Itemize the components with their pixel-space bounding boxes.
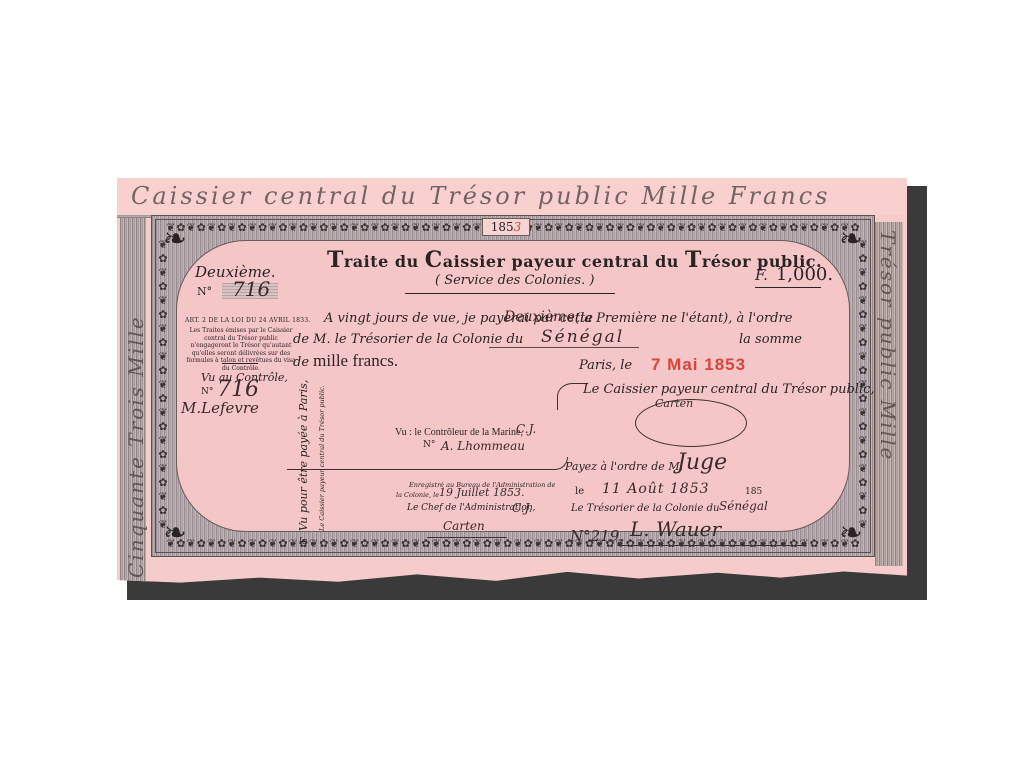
legal-notice: Les Traites émises par le Caissier centr… [185,327,297,372]
marine-flourish [287,457,568,470]
bill-of-exchange: Cinquante Trois Mille Trésor public Mill… [117,178,907,590]
ornament-column-left: ❦✿❦✿❦✿❦✿❦✿❦✿❦✿❦✿❦✿❦✿❦✿❦✿❦✿❦✿❦✿❦✿❦✿❦✿❦✿❦✿… [156,238,170,534]
payee-handwritten: Juge [677,450,727,475]
number-label: N° [197,285,212,298]
year-box: 1853 [482,218,530,236]
endorsement-date-prefix: le [575,486,584,497]
ornate-frame: ❦✿❦✿❦✿❦✿❦✿❦✿❦✿❦✿❦✿❦✿❦✿❦✿❦✿❦✿❦✿❦✿❦✿❦✿❦✿❦✿… [151,215,875,557]
corner-ornament-icon: ❧ [158,222,192,256]
treasurer-colony: Sénégal [719,499,768,513]
body-line-3: de mille francs. [293,351,398,371]
left-strip-script: Cinquante Trois Mille [124,315,148,578]
endorsement-number: N°219. [570,527,624,545]
registration-date: 19 Juillet 1853. [439,486,524,499]
year-handwritten: 3 [514,220,522,234]
marine-number-label: N° [423,440,435,450]
bottom-strip-script: Caissier central du Trésor public Mille … [131,182,830,210]
body-line-2-tail: la somme [739,332,802,347]
endorsement-year-suffix: 185 [745,487,762,497]
corner-ornament-icon: ❧ [834,516,868,550]
marine-controller-label: Vu : le Contrôleur de la Marine, [395,427,523,438]
body-line-1-tail: (la Première ne l'étant), à l'ordre [575,311,792,326]
treasurer-flourish [617,545,807,546]
franc-symbol: F. [755,266,768,284]
endorsement-date: 11 Août 1853 [602,481,710,497]
treasurer-label: Le Trésorier de la Colonie du [571,503,719,514]
document-title: Traite du Caissier payeur central du Tré… [327,247,822,273]
amount-in-words: mille francs. [313,351,398,370]
amount-value: 1,000. [776,264,833,285]
legal-reference: ART. 2 DE LA LOI DU 24 AVRIL 1833. [185,317,311,324]
amount-rule [755,287,821,288]
colony-handwritten: Sénégal [541,327,624,347]
colony-rule [489,347,639,348]
date-stamp: 7 Mai 1853 [651,355,746,375]
body-line-1-handwritten: Deuxième [504,309,575,325]
number-value: 716 [232,277,270,301]
payez-label: Payez à l'ordre de M. [565,460,683,473]
registration-line-2: la Colonie, le [396,491,439,499]
right-guilloche-strip: Trésor public Mille [875,222,903,566]
cashier-label: Le Caissier payeur central du Trésor pub… [583,382,875,397]
inner-panel: Traite du Caissier payeur central du Tré… [176,240,850,532]
amount-field: F.1,000. [755,264,833,285]
control-signature: M.Lefevre [181,399,259,417]
corner-ornament-icon: ❧ [834,222,868,256]
chief-initials: C.J. [512,501,532,515]
corner-ornament-icon: ❧ [158,516,192,550]
subtitle-rule [405,293,615,294]
marine-signature: A. Lhommeau [441,439,525,453]
place-date-label: Paris, le [579,358,632,373]
right-strip-script: Trésor public Mille [876,230,900,461]
body-line-2: de M. le Trésorier de la Colonie du [293,332,523,347]
control-number-label: N° [201,387,213,397]
chief-signature: Carten [443,519,485,533]
year-printed: 185 [491,220,514,234]
chief-flourish [427,537,507,538]
document-subtitle: ( Service des Colonies. ) [435,273,594,288]
cashier-signature: Carten [655,397,693,410]
ornament-row-bottom: ❦✿❦✿❦✿❦✿❦✿❦✿❦✿❦✿❦✿❦✿❦✿❦✿❦✿❦✿❦✿❦✿❦✿❦✿❦✿❦✿… [166,537,860,551]
notice-rule [222,363,258,364]
vertical-payable-text: Vu pour être payée à Paris, [297,380,310,531]
left-guilloche-strip: Cinquante Trois Mille [120,218,146,590]
treasurer-signature: L. Wauer [630,517,721,541]
marine-initials: C.J. [516,422,536,436]
vertical-le: le [299,537,307,547]
